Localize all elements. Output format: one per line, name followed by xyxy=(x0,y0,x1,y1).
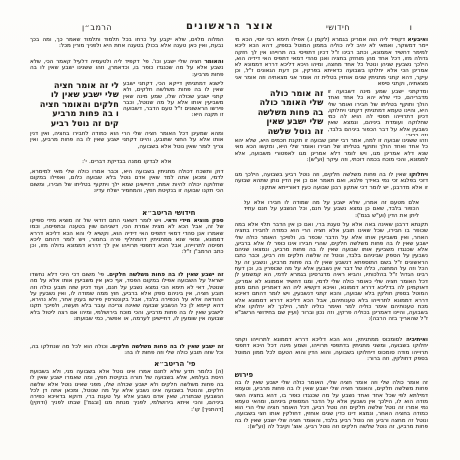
column-left: המלוה מלוים, שלא יקבע על כרחו בכל תלמוד … xyxy=(30,37,224,440)
column-right: ואיבעיא דקפיד ליה הוה אמרינן בגמרא (לקמן… xyxy=(235,37,429,440)
text-columns: ואיבעיא דקפיד ליה הוה אמרינן בגמרא (לקמן… xyxy=(30,37,428,440)
centered-note-line: אלא לבדקו ממנה בבדיקת דברים. י': xyxy=(30,159,224,167)
mishnah-line: זה אומר כולה xyxy=(235,89,324,98)
mishnah-line: זה נוטל שלשה xyxy=(235,127,324,136)
mishnah-line: בה פחות משלשה xyxy=(235,108,324,117)
mishnah-wrap-region-right: ומדקתני ישבע שמע מינה דשבועה זו מדבריהם,… xyxy=(235,89,429,136)
scanned-book-page: ו חידושי אוצר הראשונים הרמב״ן ואיבעיא דק… xyxy=(0,0,460,460)
mishnah-wrap-region-left: לישנא דמתניתין דייקא הכי, דקתני ישבע שאי… xyxy=(30,81,224,129)
paragraph: והאומר חציה שלי ישבע וכו'. פי' דקפיד ליה… xyxy=(30,59,224,79)
paragraph: ויחלוקו שאין לו בה פחות משלשה חלקים, וזה… xyxy=(235,172,429,198)
running-header: ו חידושי אוצר הראשונים הרמב״ן xyxy=(30,22,430,35)
mishnah-line: לי זה אומר חציה xyxy=(30,81,119,90)
section-heading-ritva: חידושי הריטב״א xyxy=(30,209,224,217)
mishnah-line: קים זה נוטל רביע xyxy=(30,119,119,128)
paragraph-text: ויש לומר דשאני התם דודאי של זה מוציא מיד… xyxy=(30,218,224,255)
mishnah-line: שלי ישבע שאין xyxy=(235,117,324,126)
section-heading-pirush: פירוש xyxy=(235,371,429,379)
paragraph: וזהו ששנינו שבועה זו למה, אמר רבי יוחנן … xyxy=(235,138,429,170)
paragraph: זה ישבע שאין לו בה פחות משלשה חלקים. וכו… xyxy=(30,344,224,358)
mishnah-quote-left: לי זה אומר חציה שלי ישבע שאין לו חלקים ו… xyxy=(30,81,119,129)
paragraph: ומהא שמעינן דכל האומר חציה שלי הרי הוא כ… xyxy=(30,131,224,157)
wrap-side-text: ומדקתני ישבע שמע מינה דשבועה זו מדבריהם,… xyxy=(328,89,429,136)
paragraph: דוק ותשכח דכולה מתניתין בשבועה היא, וכבר… xyxy=(30,169,224,207)
header-section-left: הרמב״ן xyxy=(82,22,112,34)
mishnah-quote-right: זה אומר כולה שלי האומר כולה בה פחות משלש… xyxy=(235,89,324,136)
paragraph-text: חציה שלי ישבע וכו'. פי' דקפיד ליה ולטעמי… xyxy=(30,59,224,78)
mishnah-line: חלקים והאומר חציה xyxy=(30,100,119,109)
indented-note: אלם מטעם זה אמרו, שלא ישבע על מה שמודה ל… xyxy=(244,200,420,220)
paragraph: זה ישבע שאין לו בה פחות משלשה חלקים. פי'… xyxy=(30,272,224,342)
section-heading-ritva-pirush: פי' הריטב״א xyxy=(30,360,224,368)
paragraph-text: פי' משום דכי היכי דלא נחשדו ישראל על השב… xyxy=(30,272,224,322)
mishnah-line: שלי האומר כולה xyxy=(235,98,324,107)
paragraph-text: דקפיד ליה הוה אמרינן בגמרא (לקמן ו.) אפי… xyxy=(235,37,429,87)
paragraph-text: לסומכוס ממתניתין, והא הכא דליכא דררא דממ… xyxy=(235,337,429,362)
wrap-side-text: לישנא דמתניתין דייקא הכי, דקתני ישבע שאי… xyxy=(123,81,224,129)
mishnah-line: ו בה פחות מרביע xyxy=(30,109,119,118)
mishnah-line: שלי ישבע שאין לו xyxy=(30,90,119,99)
paragraph: ואיבעיא דקפיד ליה הוה אמרינן בגמרא (לקמן… xyxy=(235,37,429,87)
paragraph: זה אומר כולה שלי וזה אומר חציה שלי, האומ… xyxy=(235,380,429,450)
paragraph: המלוה מלוים, שלא יקבע על כרחו בכל תלמוד … xyxy=(30,37,224,57)
paragraph-text: שאין לו בה פחות משלשה חלקים, וזה נוטל רב… xyxy=(235,172,429,191)
paragraph: (ה) כלומר תדע שלא לחנם אמרו אינו נוטל אל… xyxy=(30,369,224,433)
paragraph: ספק מוציא מידי ודאי. ויש לומר דשאני התם … xyxy=(30,218,224,270)
paragraph: ואיתיביה לסומכוס ממתניתין, והא הכא דליכא… xyxy=(235,337,429,369)
paragraph: תקנתא דרבנן שאינה באה אלא על טענת ברי, ו… xyxy=(235,222,429,335)
